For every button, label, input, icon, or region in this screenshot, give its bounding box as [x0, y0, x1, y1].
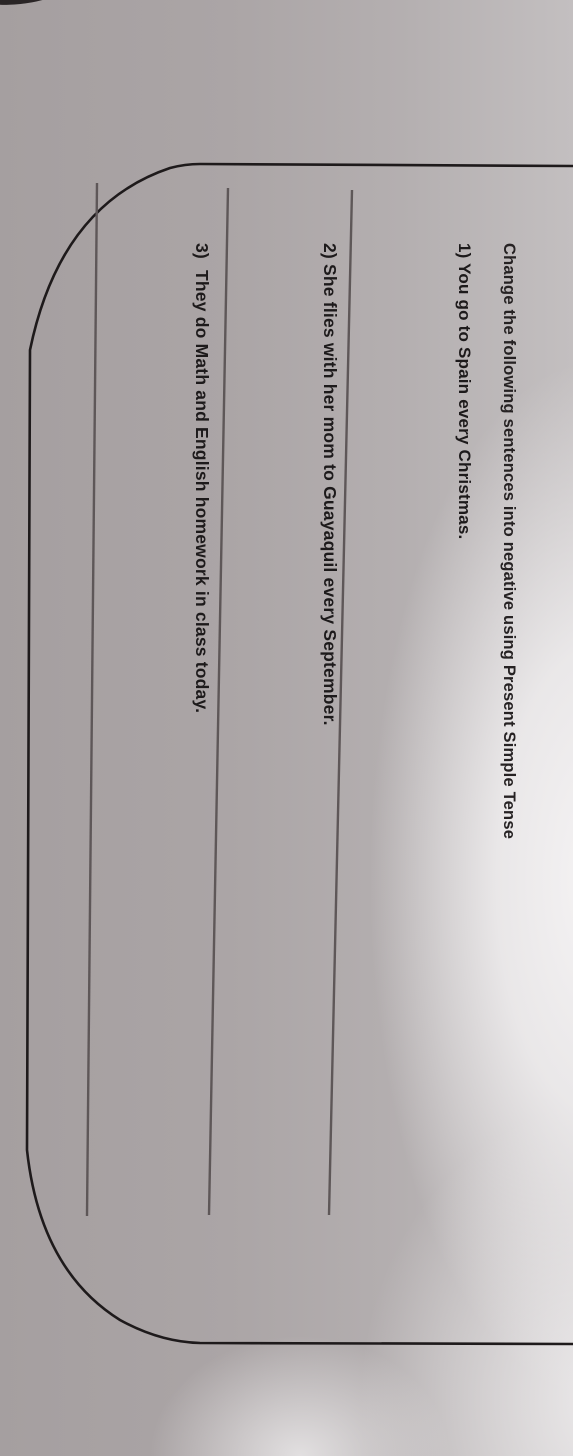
question-1: 1) You go to Spain every Christmas. [454, 243, 474, 539]
question-3: 3) They do Math and English homework in … [191, 243, 212, 713]
question-3-number: 3) [192, 243, 212, 259]
worksheet-frame [0, 0, 573, 1456]
instruction-text: Change the following sentences into nega… [499, 243, 518, 839]
border-outline [27, 164, 573, 1344]
question-2-text: She flies with her mom to Guayaquil ever… [320, 264, 340, 726]
question-3-text: They do Math and English homework in cla… [192, 270, 212, 713]
question-2: 2) She flies with her mom to Guayaquil e… [319, 243, 340, 726]
question-1-number: 1) [455, 243, 474, 259]
question-2-number: 2) [320, 243, 340, 259]
question-1-text: You go to Spain every Christmas. [455, 263, 474, 539]
answer-line-3 [87, 183, 97, 1216]
